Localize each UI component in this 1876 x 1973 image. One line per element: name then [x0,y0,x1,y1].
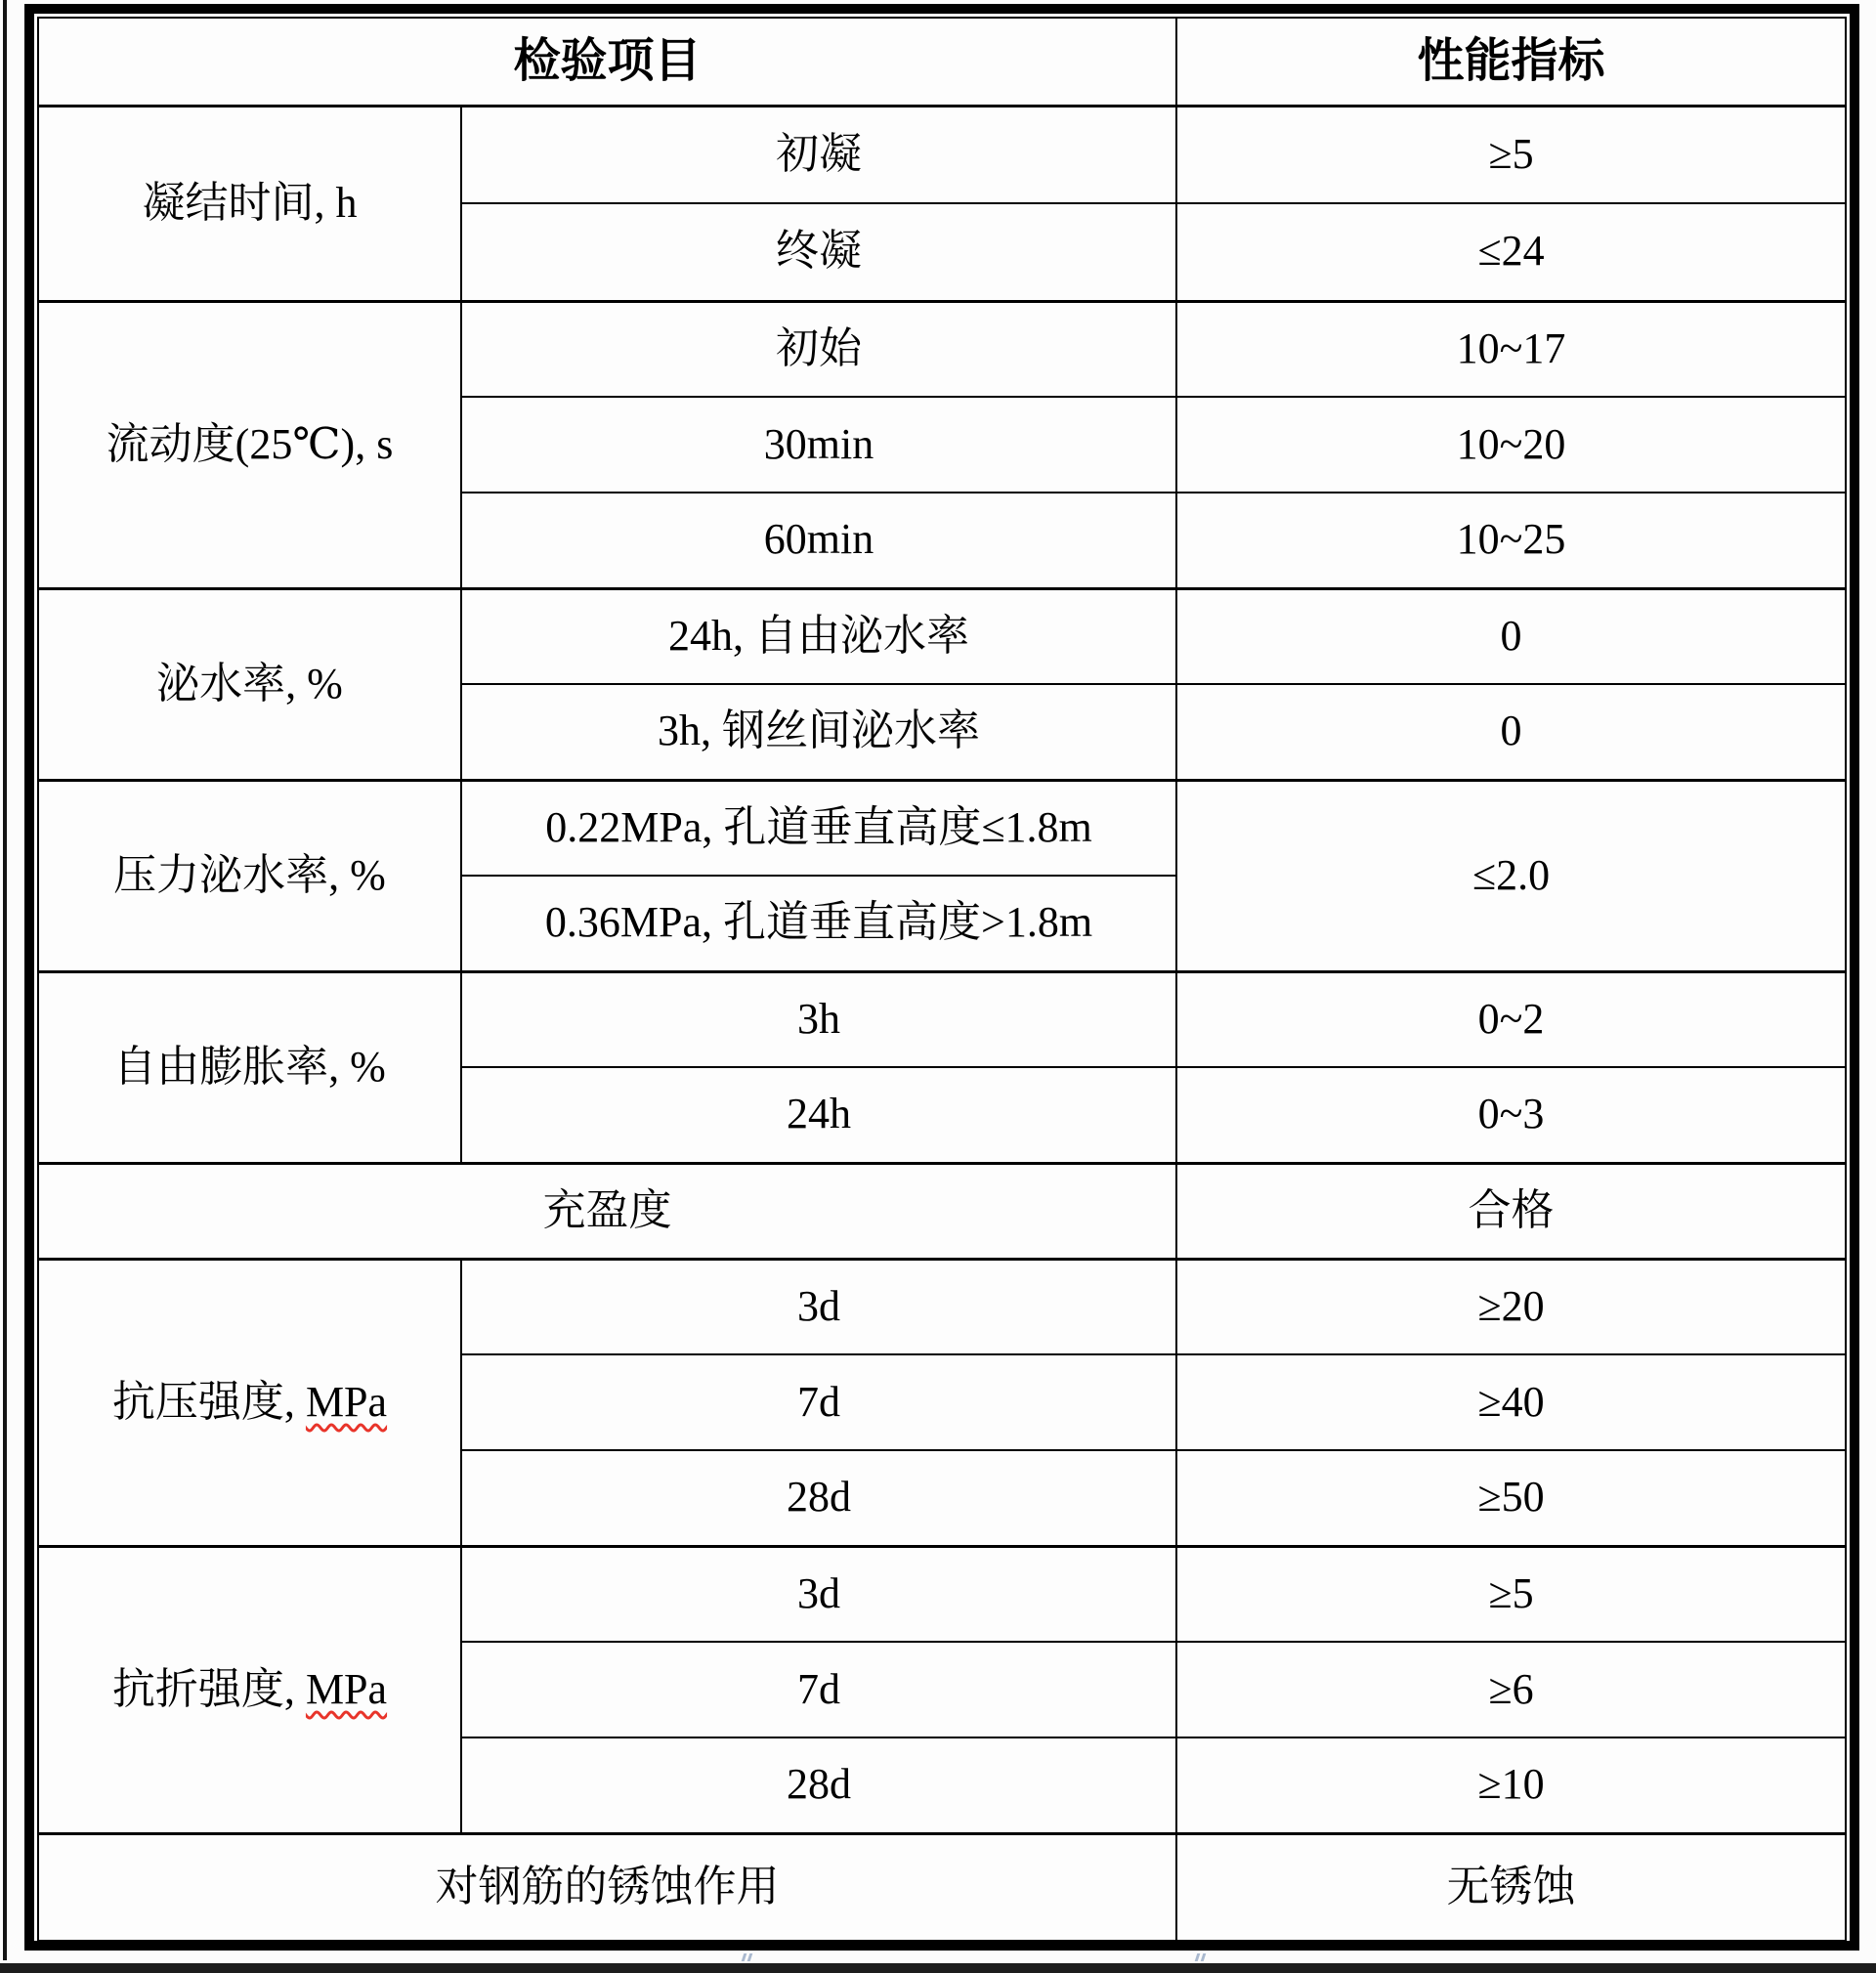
scan-smudge [743,1953,756,1961]
flexural-7d-label: 7d [461,1642,1176,1737]
fluidity-60min-label: 60min [461,493,1176,588]
compressive-28d-label: 28d [461,1450,1176,1546]
setting-time-final-value: ≤24 [1176,203,1846,301]
compressive-3d-value: ≥20 [1176,1259,1846,1354]
flexural-strength-label: 抗折强度, MPa [38,1546,461,1833]
free-expansion-label: 自由膨胀率, % [38,971,461,1163]
bleeding-rate-24h-label: 24h, 自由泌水率 [461,588,1176,684]
compressive-3d-label: 3d [461,1259,1176,1354]
header-row: 检验项目 性能指标 [38,18,1846,106]
bleeding-rate-3h-value: 0 [1176,684,1846,780]
flexural-3d-value: ≥5 [1176,1546,1846,1642]
compressive-strength-unit: MPa [306,1378,387,1426]
fluidity-60min-value: 10~25 [1176,493,1846,588]
table-row: 抗压强度, MPa 3d ≥20 [38,1259,1846,1354]
pressure-bleeding-label: 压力泌水率, % [38,780,461,971]
fluidity-initial-label: 初始 [461,301,1176,397]
flexural-28d-value: ≥10 [1176,1737,1846,1833]
pressure-bleeding-022-label: 0.22MPa, 孔道垂直高度≤1.8m [461,780,1176,876]
compressive-strength-text: 抗压强度, [112,1378,306,1426]
header-performance-index: 性能指标 [1176,18,1846,106]
flexural-7d-value: ≥6 [1176,1642,1846,1737]
page-bottom-bar [0,1963,1876,1973]
header-test-item: 检验项目 [38,18,1176,106]
table-row: 凝结时间, h 初凝 ≥5 [38,106,1846,203]
table-row: 压力泌水率, % 0.22MPa, 孔道垂直高度≤1.8m ≤2.0 [38,780,1846,876]
fluidity-initial-value: 10~17 [1176,301,1846,397]
setting-time-initial-value: ≥5 [1176,106,1846,203]
compressive-28d-value: ≥50 [1176,1450,1846,1546]
corrosion-value: 无锈蚀 [1176,1833,1846,1941]
page-left-rule [3,0,7,1960]
fluidity-30min-label: 30min [461,397,1176,493]
fullness-label: 充盈度 [38,1163,1176,1259]
flexural-strength-unit: MPa [306,1665,387,1713]
fullness-value: 合格 [1176,1163,1846,1259]
setting-time-final-label: 终凝 [461,203,1176,301]
spec-table-frame: 检验项目 性能指标 凝结时间, h 初凝 ≥5 终凝 ≤24 流动度(25℃),… [24,4,1859,1951]
compressive-7d-label: 7d [461,1354,1176,1450]
spec-table: 检验项目 性能指标 凝结时间, h 初凝 ≥5 终凝 ≤24 流动度(25℃),… [37,17,1847,1942]
pressure-bleeding-036-label: 0.36MPa, 孔道垂直高度>1.8m [461,876,1176,971]
bleeding-rate-24h-value: 0 [1176,588,1846,684]
flexural-3d-label: 3d [461,1546,1176,1642]
scan-smudge [1196,1953,1210,1961]
bleeding-rate-3h-label: 3h, 钢丝间泌水率 [461,684,1176,780]
table-row: 抗折强度, MPa 3d ≥5 [38,1546,1846,1642]
free-expansion-3h-label: 3h [461,971,1176,1067]
compressive-7d-value: ≥40 [1176,1354,1846,1450]
free-expansion-24h-label: 24h [461,1067,1176,1163]
fluidity-30min-value: 10~20 [1176,397,1846,493]
bleeding-rate-label: 泌水率, % [38,588,461,780]
corrosion-label: 对钢筋的锈蚀作用 [38,1833,1176,1941]
free-expansion-24h-value: 0~3 [1176,1067,1846,1163]
scanned-document-page: 检验项目 性能指标 凝结时间, h 初凝 ≥5 终凝 ≤24 流动度(25℃),… [0,0,1876,1973]
pressure-bleeding-merged-value: ≤2.0 [1176,780,1846,971]
table-row: 对钢筋的锈蚀作用 无锈蚀 [38,1833,1846,1941]
free-expansion-3h-value: 0~2 [1176,971,1846,1067]
flexural-strength-text: 抗折强度, [112,1665,306,1713]
table-row: 流动度(25℃), s 初始 10~17 [38,301,1846,397]
table-row: 自由膨胀率, % 3h 0~2 [38,971,1846,1067]
setting-time-label: 凝结时间, h [38,106,461,301]
table-row: 泌水率, % 24h, 自由泌水率 0 [38,588,1846,684]
flexural-28d-label: 28d [461,1737,1176,1833]
table-row: 充盈度 合格 [38,1163,1846,1259]
setting-time-initial-label: 初凝 [461,106,1176,203]
compressive-strength-label: 抗压强度, MPa [38,1259,461,1546]
fluidity-label: 流动度(25℃), s [38,301,461,588]
